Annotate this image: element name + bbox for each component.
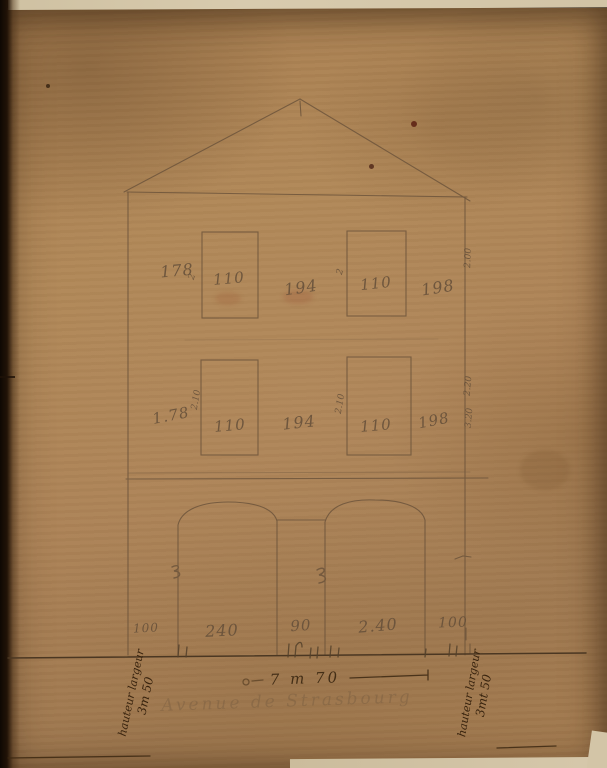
floor-line-faint <box>128 472 470 473</box>
roof-left-slope <box>124 99 300 192</box>
dim-ground-1: 100 <box>133 621 159 634</box>
bottom-left-ink-line <box>8 756 150 758</box>
tick-squiggle <box>296 642 302 647</box>
dim-floor2-center: 194 <box>281 413 316 432</box>
eaves-line <box>127 192 467 197</box>
dim-floor1-window-left: 110 <box>213 270 246 288</box>
width-dimension-line <box>350 670 428 680</box>
dim-floor2-height-edge-upper: 2.20 <box>464 376 475 397</box>
dim-floor1-center: 194 <box>283 278 318 299</box>
dim-floor1-window-right: 110 <box>359 275 392 293</box>
bottom-right-ink-line <box>497 746 556 748</box>
dim-floor2-window-left: 110 <box>214 417 247 435</box>
dim-ground-2: 240 <box>205 622 239 640</box>
window-floor2-right <box>347 357 411 455</box>
door-handle-mark <box>172 566 180 578</box>
roof-apex-tick <box>300 101 301 116</box>
window-floor2-left <box>201 360 258 455</box>
dim-floor1-height-edge: 2.00 <box>464 248 474 268</box>
width-dimension-start-mark <box>243 679 263 685</box>
dim-ground-3: 90 <box>290 618 312 634</box>
guide-line <box>185 339 438 340</box>
dim-ground-4: 2.40 <box>358 616 399 635</box>
dimension-ticks <box>178 645 187 657</box>
scanned-drawing-page: 178 2 110 194 2 110 198 2.00 1.78 2.10 1… <box>0 0 607 768</box>
ground-line <box>8 653 586 658</box>
floor-line <box>126 478 488 479</box>
dim-ground-5: 100 <box>438 615 468 630</box>
total-width-label: 7 m 70 <box>270 670 341 687</box>
elevation-drawing <box>0 0 607 768</box>
bracket-mark <box>455 556 471 559</box>
dim-floor2-window-right: 110 <box>360 417 393 435</box>
door-handle-mark <box>317 568 325 583</box>
roof-right-slope <box>300 99 470 201</box>
dim-floor2-height-edge-lower: 3.20 <box>465 408 476 429</box>
